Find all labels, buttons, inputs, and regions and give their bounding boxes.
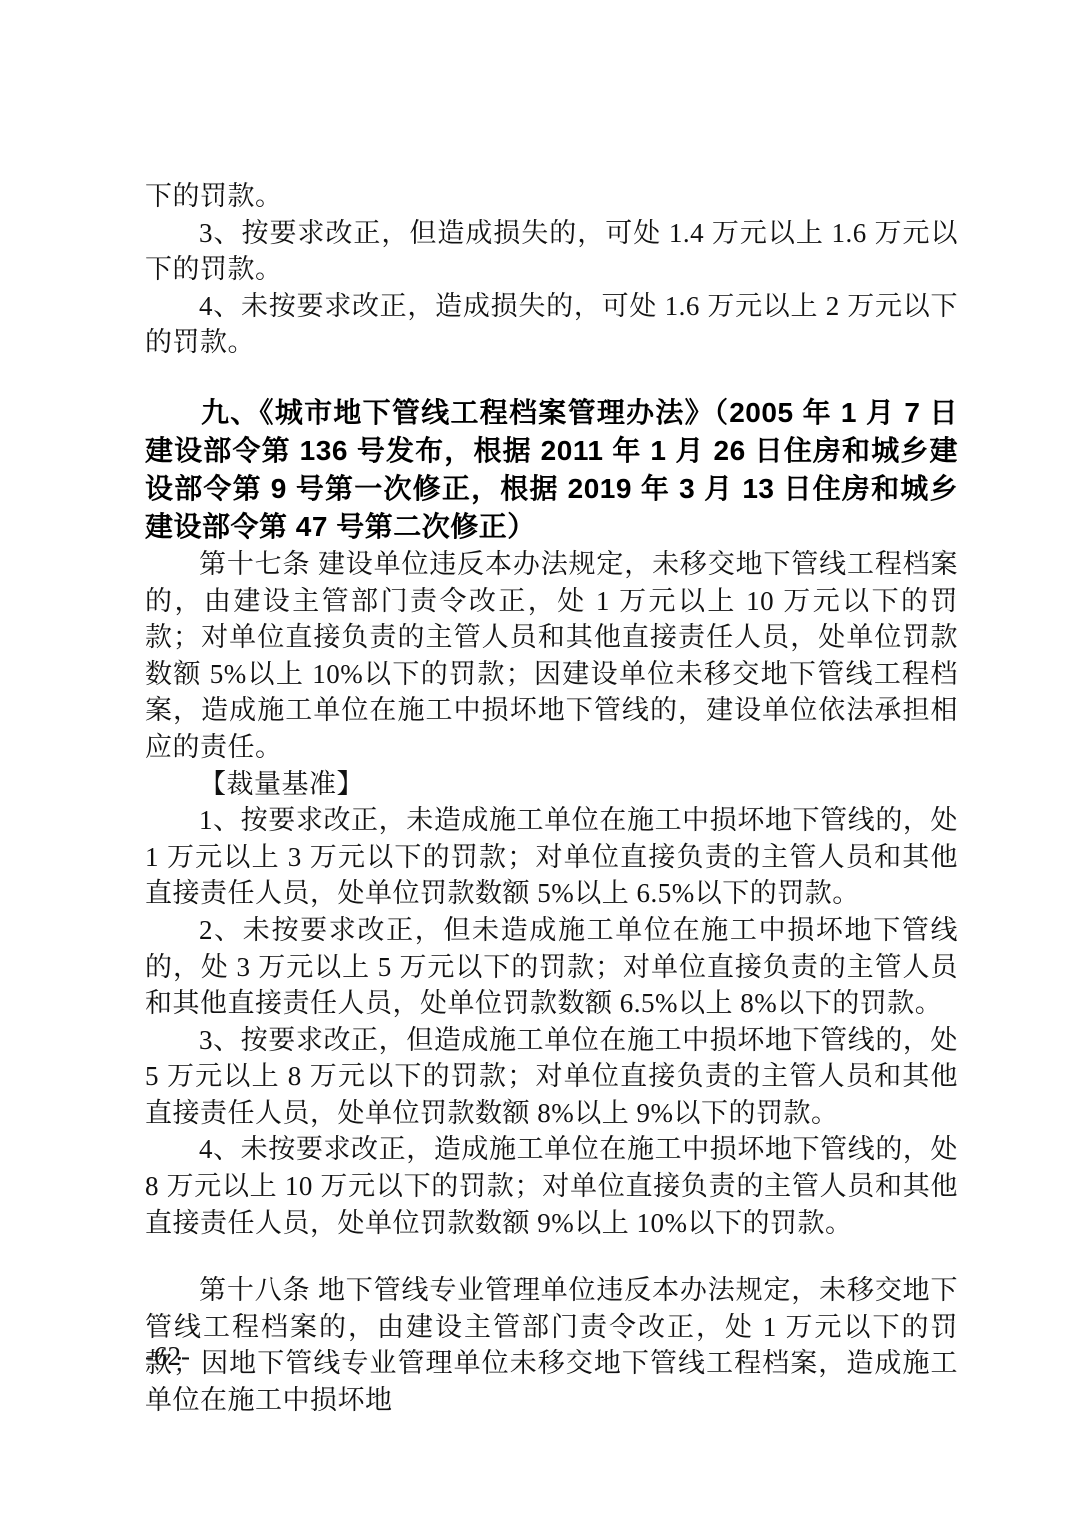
page-number: -62- [145,1338,190,1374]
page-content: 下的罚款。 3、按要求改正，但造成损失的，可处 1.4 万元以上 1.6 万元以… [145,178,958,1419]
discretion-basis-label: 【裁量基准】 [145,766,958,803]
continuation-item-3: 3、按要求改正，但造成损失的，可处 1.4 万元以上 1.6 万元以下的罚款。 [145,215,958,288]
basis-item-1: 1、按要求改正，未造成施工单位在施工中损坏地下管线的，处 1 万元以上 3 万元… [145,802,958,912]
basis-item-4: 4、未按要求改正，造成施工单位在施工中损坏地下管线的，处 8 万元以上 10 万… [145,1131,958,1241]
document-page: 下的罚款。 3、按要求改正，但造成损失的，可处 1.4 万元以上 1.6 万元以… [0,0,1075,1520]
basis-item-2: 2、未按要求改正，但未造成施工单位在施工中损坏地下管线的，处 3 万元以上 5 … [145,912,958,1022]
continuation-tail-line: 下的罚款。 [145,178,958,215]
continuation-item-4: 4、未按要求改正，造成损失的，可处 1.6 万元以上 2 万元以下的罚款。 [145,288,958,361]
section-heading-regulation-nine: 九、《城市地下管线工程档案管理办法》（2005 年 1 月 7 日建设部令第 1… [145,394,958,546]
basis-item-3: 3、按要求改正，但造成施工单位在施工中损坏地下管线的，处 5 万元以上 8 万元… [145,1022,958,1132]
article-17-paragraph: 第十七条 建设单位违反本办法规定，未移交地下管线工程档案的，由建设主管部门责令改… [145,546,958,766]
article-18-paragraph: 第十八条 地下管线专业管理单位违反本办法规定，未移交地下管线工程档案的，由建设主… [145,1272,958,1418]
